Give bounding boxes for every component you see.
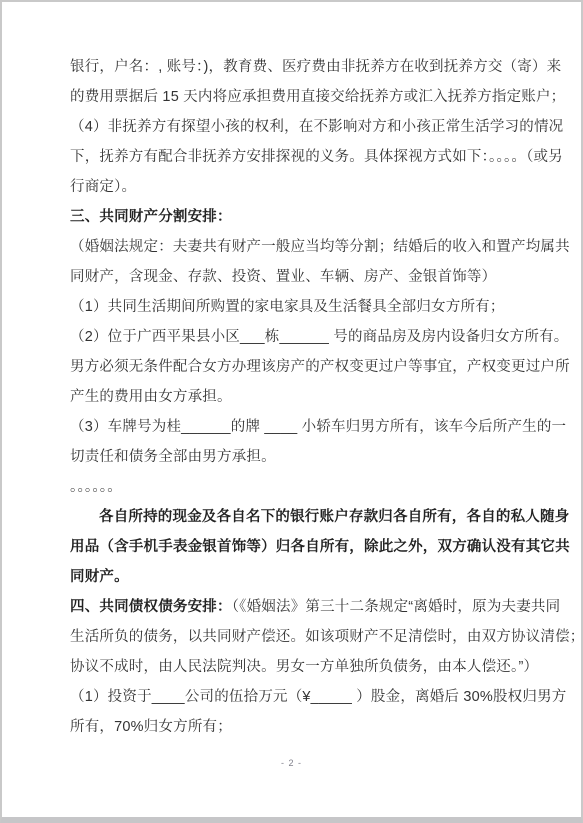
document-line: 产生的费用由女方承担。: [70, 382, 569, 412]
document-line: 下，抚养方有配合非抚养方安排探视的义务。具体探视方式如下：。。。。（或另: [70, 142, 569, 172]
document-line: （4）非抚养方有探望小孩的权利，在不影响对方和小孩正常生活学习的情况: [70, 112, 569, 142]
document-line: 行商定）。: [70, 172, 569, 202]
document-line: 同财产。: [70, 562, 569, 592]
document-line: 各自所持的现金及各自名下的银行账户存款归各自所有，各自的私人随身: [70, 502, 569, 532]
document-line: （2）位于广西平果县小区___栋______ 号的商品房及房内设备归女方所有。: [70, 322, 569, 352]
document-line: （3）车牌号为桂______的牌 ____ 小轿车归男方所有，该车今后所产生的一: [70, 412, 569, 442]
document-line: 三、共同财产分割安排：: [70, 202, 569, 232]
document-line: （1）共同生活期间所购置的家电家具及生活餐具全部归女方所有；: [70, 292, 569, 322]
document-line: 同财产，含现金、存款、投资、置业、车辆、房产、金银首饰等）: [70, 262, 569, 292]
document-line: 生活所负的债务，以共同财产偿还。如该项财产不足清偿时，由双方协议清偿；: [70, 622, 569, 652]
page-number: - 2 -: [2, 758, 581, 768]
document-line: 的费用票据后 15 天内将应承担费用直接交给抚养方或汇入抚养方指定账户；: [70, 82, 569, 112]
document-line: 用品（含手机手表金银首饰等）归各自所有，除此之外，双方确认没有其它共: [70, 532, 569, 562]
document-page: 银行，户名：, 账号：)，教育费、医疗费由非抚养方在收到抚养方交（寄）来的费用票…: [0, 0, 583, 823]
document-line: 四、共同债权债务安排：（《婚姻法》第三十二条规定“离婚时，原为夫妻共同: [70, 592, 569, 622]
document-line: 协议不成时，由人民法院判决。男女一方单独所负债务，由本人偿还。”）: [70, 652, 569, 682]
document-line: 男方必须无条件配合女方办理该房产的产权变更过户等事宜，产权变更过户所: [70, 352, 569, 382]
document-line: 切责任和债务全部由男方承担。: [70, 442, 569, 472]
document-line: 。。。。。。: [70, 472, 569, 502]
document-line: 所有，70%归女方所有；: [70, 712, 569, 742]
document-body: 银行，户名：, 账号：)，教育费、医疗费由非抚养方在收到抚养方交（寄）来的费用票…: [2, 2, 581, 742]
document-line: （婚姻法规定：夫妻共有财产一般应当均等分割；结婚后的收入和置产均属共: [70, 232, 569, 262]
document-line: （1）投资于____公司的伍拾万元（¥_____ ）股金，离婚后 30%股权归男…: [70, 682, 569, 712]
document-line: 银行，户名：, 账号：)，教育费、医疗费由非抚养方在收到抚养方交（寄）来: [70, 52, 569, 82]
